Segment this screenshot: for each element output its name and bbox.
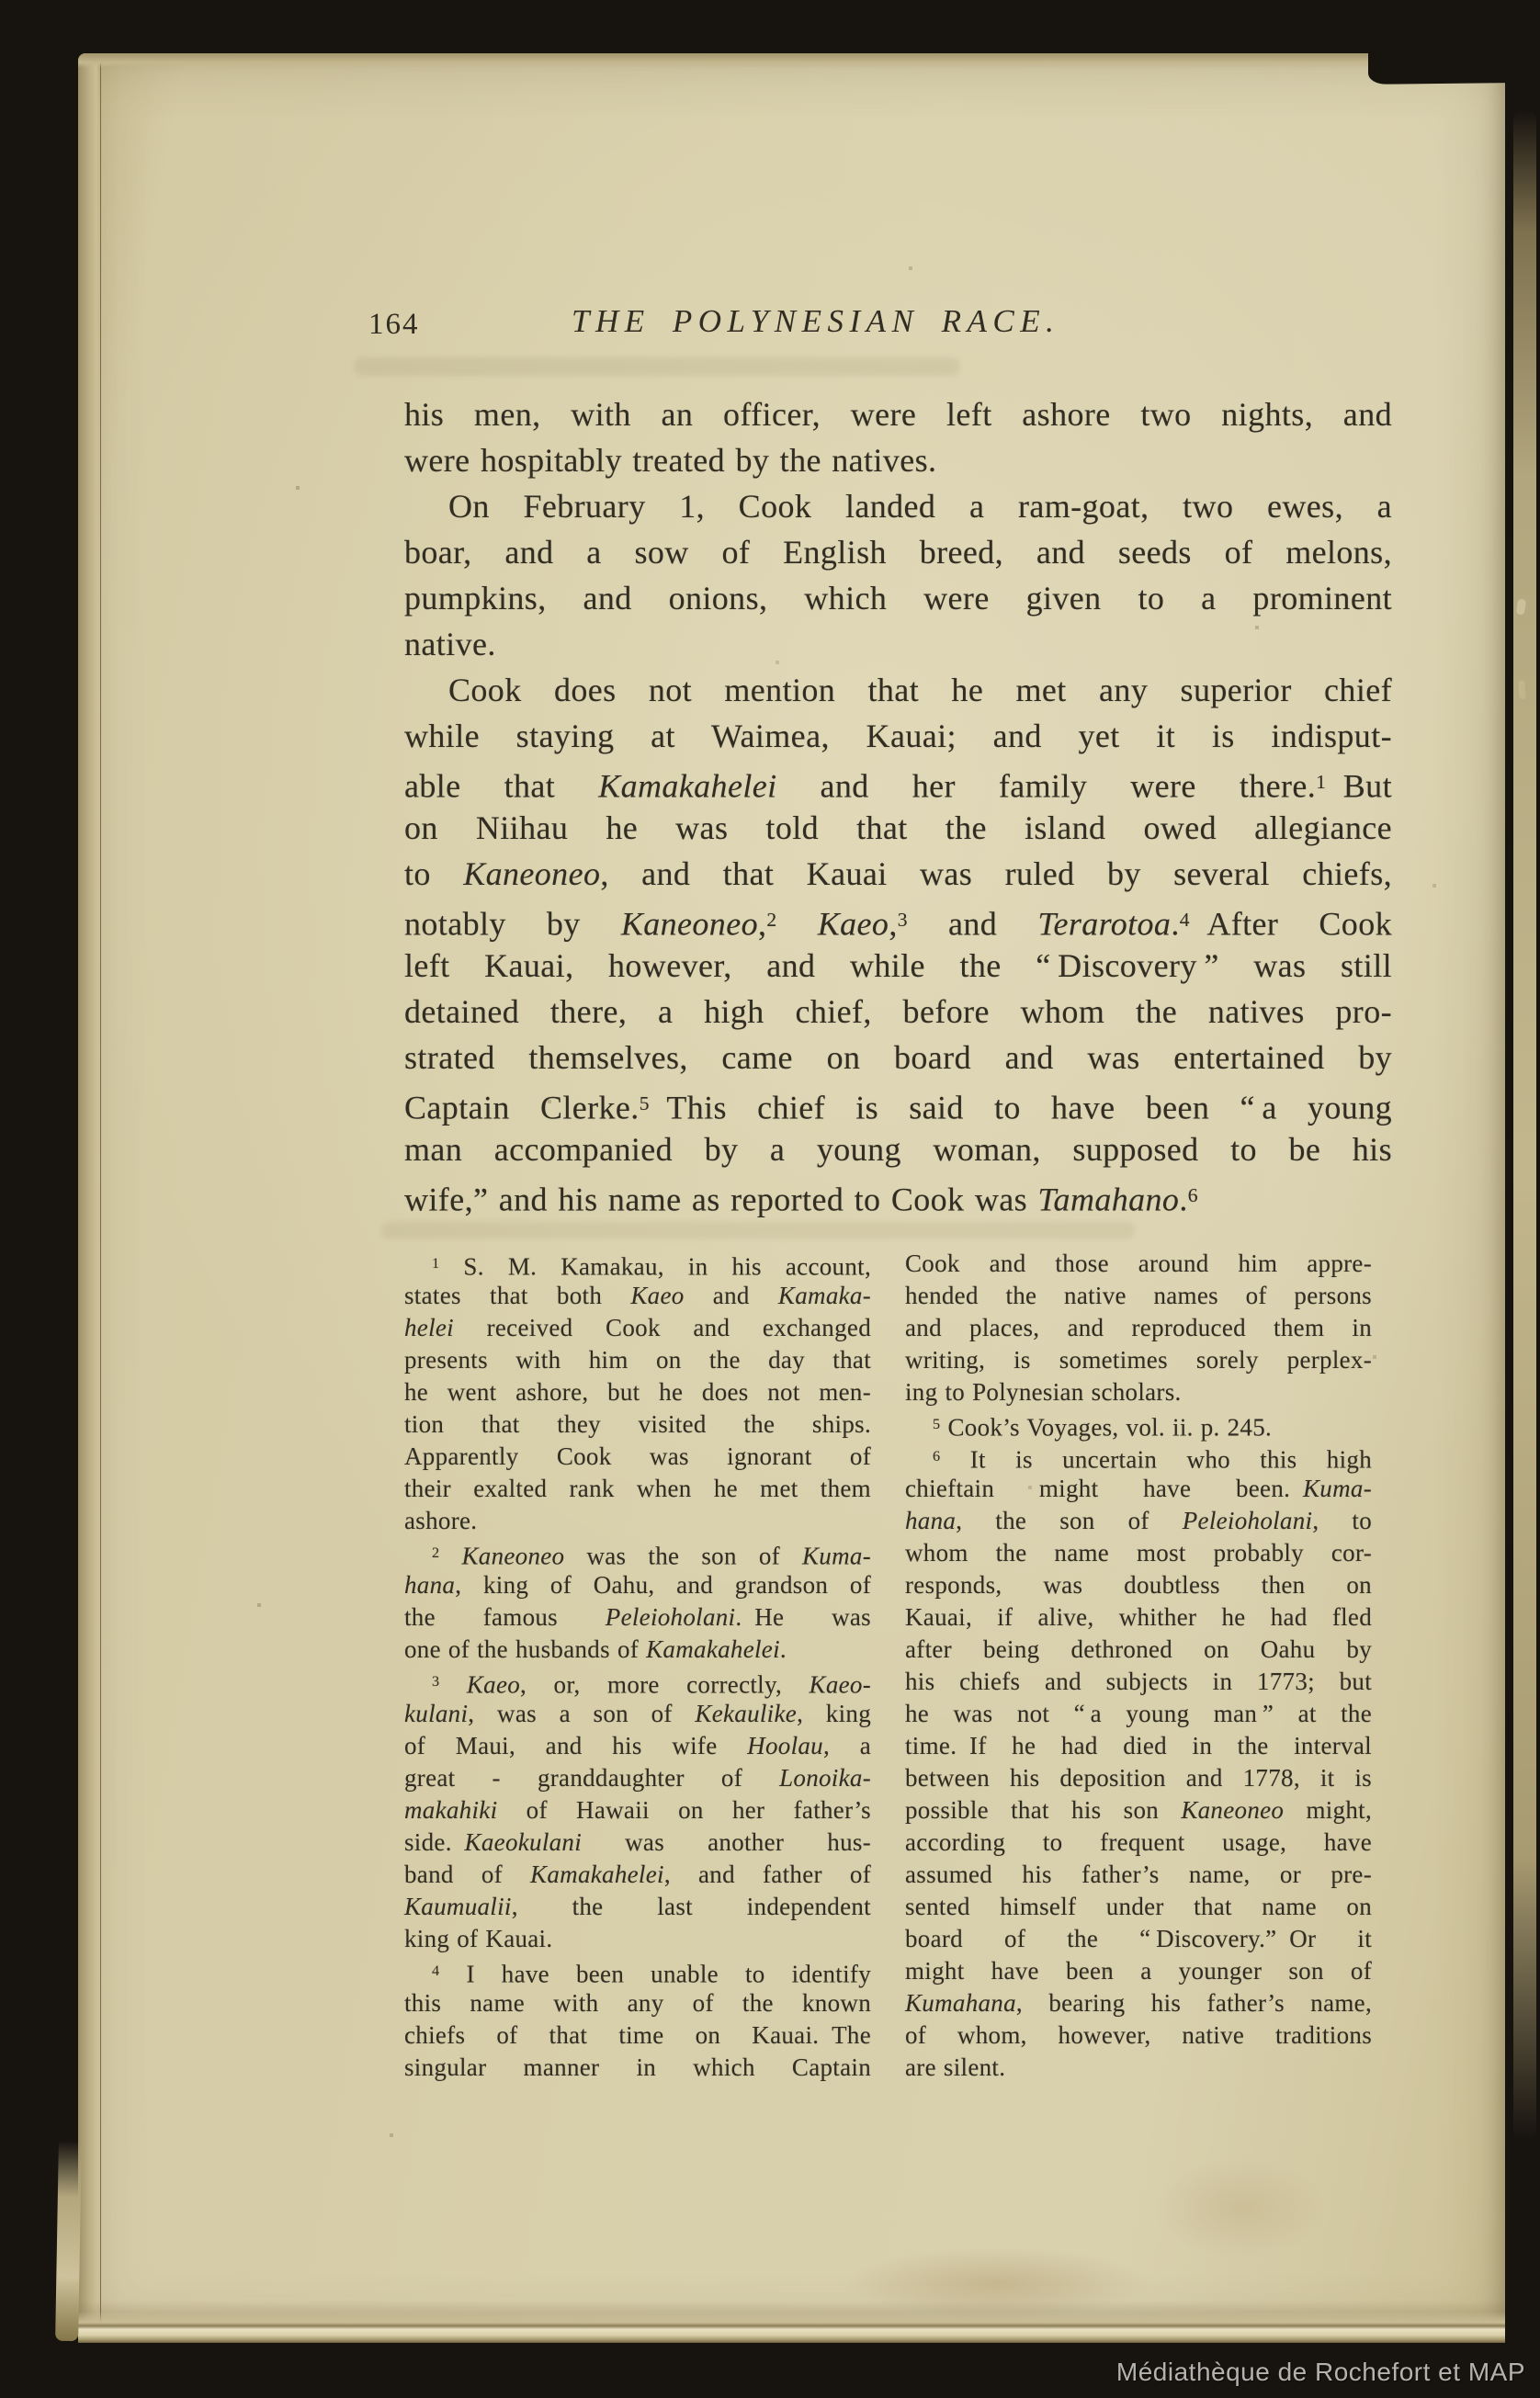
adjacent-page-edge — [1513, 110, 1536, 2141]
text-line: hana, the son of Peleioholani, to — [905, 1505, 1372, 1537]
text-line: this name with any of the known — [404, 1987, 871, 2019]
scan-background: { "scan": { "watermark": "Médiathèque de… — [0, 0, 1540, 2398]
text-line: 1 S. M. Kamakau, in his account, — [404, 1248, 871, 1280]
text-line: Kumahana, bearing his father’s name, — [905, 1987, 1372, 2019]
text-line: board of the “ Discovery.” Or it — [905, 1923, 1372, 1955]
text-line: Kaumualii, the last independent — [404, 1891, 871, 1923]
text-line: he went ashore, but he does not men- — [404, 1376, 871, 1408]
text-line: wife,” and his name as reported to Cook … — [404, 1172, 1392, 1218]
text-line: 4 I have been unable to identify — [404, 1955, 871, 1987]
text-line: detained there, a high chief, before who… — [404, 989, 1392, 1035]
text-line: are silent. — [905, 2052, 1372, 2084]
text-line: Cook and those around him appre- — [905, 1248, 1372, 1280]
text-line: Captain Clerke.5 This chief is said to h… — [404, 1080, 1392, 1126]
text-line: the famous Peleioholani. He was — [404, 1601, 871, 1634]
text-line: On February 1, Cook landed a ram-goat, t… — [404, 483, 1392, 529]
text-line: strated themselves, came on board and wa… — [404, 1035, 1392, 1080]
text-line: Kauai, if alive, whither he had fled — [905, 1601, 1372, 1634]
text-line: chiefs of that time on Kauai. The — [404, 2019, 871, 2052]
text-line: makahiki of Hawaii on her father’s — [404, 1794, 871, 1827]
text-line: his men, with an officer, were left asho… — [404, 391, 1392, 437]
footnotes-right-column: Cook and those around him appre-hended t… — [905, 1248, 1372, 2084]
text-line: 3 Kaeo, or, more correctly, Kaeo- — [404, 1666, 871, 1698]
text-line: band of Kamakahelei, and father of — [404, 1859, 871, 1891]
text-line: after being dethroned on Oahu by — [905, 1634, 1372, 1666]
text-line: might have been a younger son of — [905, 1955, 1372, 1987]
page-number: 164 — [368, 308, 420, 342]
text-line: and places, and reproduced them in — [905, 1312, 1372, 1344]
text-line: on Niihau he was told that the island ow… — [404, 805, 1392, 851]
text-line: were hospitably treated by the natives. — [404, 437, 1392, 483]
text-line: pumpkins, and onions, which were given t… — [404, 575, 1392, 621]
text-line: 5 Cook’s Voyages, vol. ii. p. 245. — [905, 1408, 1372, 1441]
text-line: he was not “ a young man ” at the — [905, 1698, 1372, 1730]
text-line: states that both Kaeo and Kamaka- — [404, 1280, 871, 1312]
text-line: his chiefs and subjects in 1773; but — [905, 1666, 1372, 1698]
text-line: presents with him on the day that — [404, 1344, 871, 1376]
text-line: singular manner in which Captain — [404, 2052, 871, 2084]
text-line: left Kauai, however, and while the “ Dis… — [404, 943, 1392, 989]
underlying-page-edge — [55, 2141, 82, 2341]
paper-specks — [78, 53, 80, 55]
text-line: hended the native names of persons — [905, 1280, 1372, 1312]
page-bottom-edges — [78, 2301, 1505, 2343]
ink-showthrough — [381, 1222, 1135, 1239]
text-line: side. Kaeokulani was another hus- — [404, 1827, 871, 1859]
body-text: his men, with an officer, were left asho… — [404, 391, 1392, 1218]
text-line: writing, is sometimes sorely perplex- — [905, 1344, 1372, 1376]
footnotes-left-column: 1 S. M. Kamakau, in his account,states t… — [404, 1248, 871, 2084]
text-line: kulani, was a son of Kekaulike, king — [404, 1698, 871, 1730]
text-line: ashore. — [404, 1505, 871, 1537]
text-line: Apparently Cook was ignorant of — [404, 1441, 871, 1473]
edge-mark — [1518, 680, 1525, 699]
text-line: man accompanied by a young woman, suppos… — [404, 1126, 1392, 1172]
text-line: their exalted rank when he met them — [404, 1473, 871, 1505]
page-left-edge — [78, 53, 101, 2343]
text-line: assumed his father’s name, or pre- — [905, 1859, 1372, 1891]
text-line: while staying at Waimea, Kauai; and yet … — [404, 713, 1392, 759]
text-line: one of the husbands of Kamakahelei. — [404, 1634, 871, 1666]
text-line: 6 It is uncertain who this high — [905, 1441, 1372, 1473]
text-line: boar, and a sow of English breed, and se… — [404, 529, 1392, 575]
text-line: of whom, however, native traditions — [905, 2019, 1372, 2052]
text-line: between his deposition and 1778, it is — [905, 1762, 1372, 1794]
page-corner-notch — [1368, 51, 1508, 85]
page-header: 164 THE POLYNESIAN RACE. — [404, 303, 1392, 347]
page-top-edge — [78, 53, 1505, 68]
text-line: whom the name most probably cor- — [905, 1537, 1372, 1569]
text-line: notably by Kaneoneo,2 Kaeo,3 and Terarot… — [404, 897, 1392, 943]
text-line: time. If he had died in the interval — [905, 1730, 1372, 1762]
text-line: able that Kamakahelei and her family wer… — [404, 759, 1392, 805]
text-line: chieftain might have been. Kuma- — [905, 1473, 1372, 1505]
text-line: hana, king of Oahu, and grandson of — [404, 1569, 871, 1601]
paper-stain — [1153, 2157, 1328, 2258]
text-line: 2 Kaneoneo was the son of Kuma- — [404, 1537, 871, 1569]
text-line: tion that they visited the ships. — [404, 1408, 871, 1441]
text-line: sented himself under that name on — [905, 1891, 1372, 1923]
text-line: native. — [404, 621, 1392, 667]
text-line: great - granddaughter of Lonoika- — [404, 1762, 871, 1794]
text-line: helei received Cook and exchanged — [404, 1312, 871, 1344]
running-title: THE POLYNESIAN RACE. — [572, 303, 1059, 340]
text-line: ing to Polynesian scholars. — [905, 1376, 1372, 1408]
book-page: 164 THE POLYNESIAN RACE. his men, with a… — [78, 53, 1505, 2343]
text-line: king of Kauai. — [404, 1923, 871, 1955]
text-line: of Maui, and his wife Hoolau, a — [404, 1730, 871, 1762]
library-watermark: Médiathèque de Rochefort et MAP — [1116, 2358, 1525, 2387]
text-line: responds, was doubtless then on — [905, 1569, 1372, 1601]
text-line: to Kaneoneo, and that Kauai was ruled by… — [404, 851, 1392, 897]
text-line: possible that his son Kaneoneo might, — [905, 1794, 1372, 1827]
text-line: according to frequent usage, have — [905, 1827, 1372, 1859]
ink-showthrough — [354, 357, 960, 376]
text-line: Cook does not mention that he met any su… — [404, 667, 1392, 713]
